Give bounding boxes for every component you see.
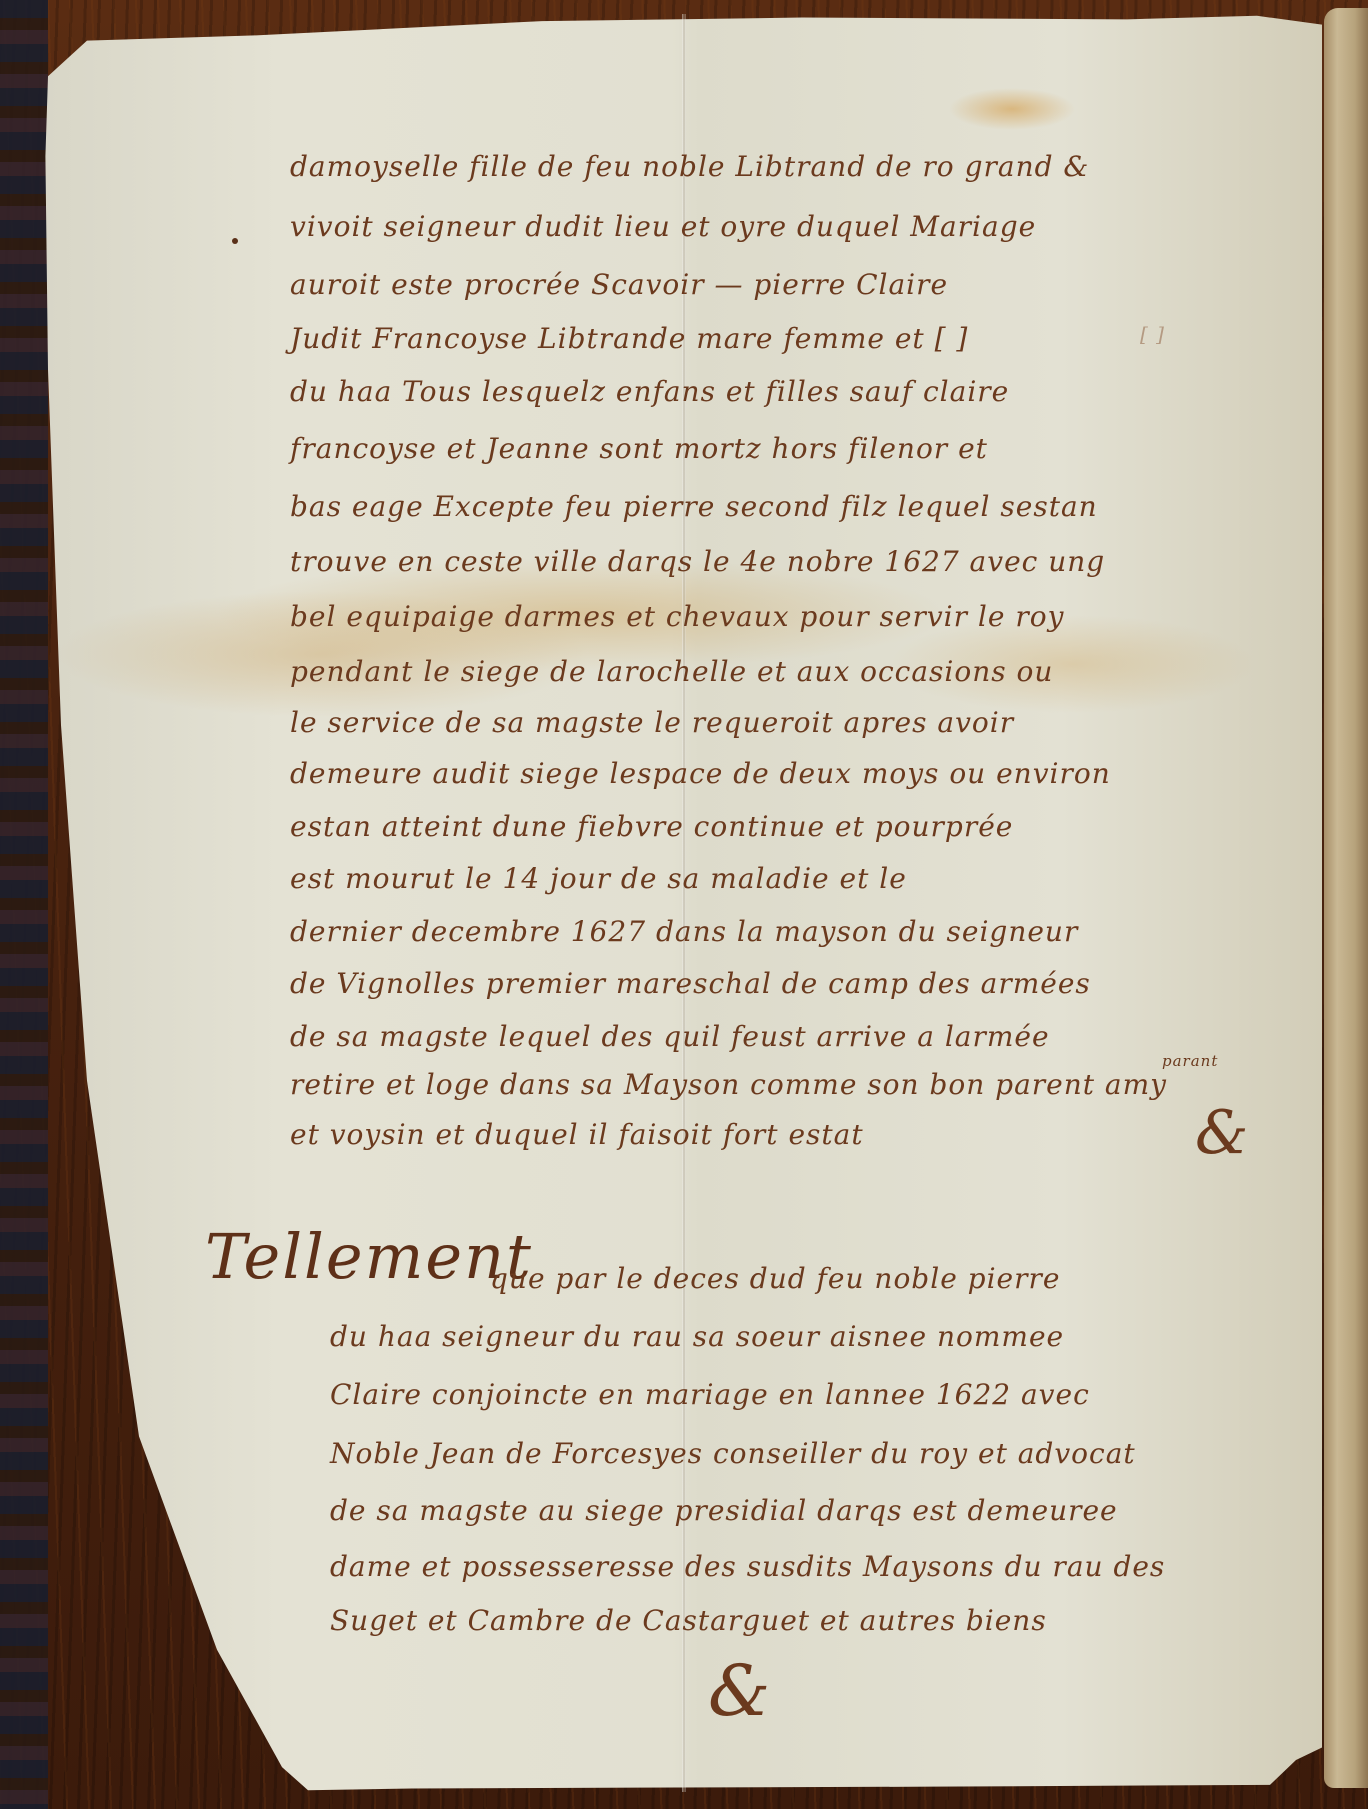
manuscript-line: bel equipaige darmes et chevaux pour ser… (290, 600, 1064, 633)
manuscript-line: Noble Jean de Forcesyes conseiller du ro… (330, 1437, 1136, 1470)
adjacent-page-edge (1324, 8, 1368, 1788)
manuscript-line: bas eage Excepte feu pierre second filz … (290, 490, 1098, 523)
manuscript-line: du haa Tous lesquelz enfans et filles sa… (290, 375, 1009, 408)
manuscript-line: francoyse et Jeanne sont mortz hors file… (290, 432, 988, 465)
manuscript-line: damoyselle fille de feu noble Libtrand d… (290, 150, 1089, 183)
manuscript-line: est mourut le 14 jour de sa maladie et l… (290, 862, 907, 895)
manuscript-line: Claire conjoincte en mariage en lannee 1… (330, 1378, 1090, 1411)
ink-dot (232, 238, 238, 244)
manuscript-line: auroit este procrée Scavoir — pierre Cla… (290, 268, 948, 301)
paraph-mark-icon: & (708, 1650, 770, 1732)
manuscript-line: de Vignolles premier mareschal de camp d… (290, 967, 1091, 1000)
manuscript-line: que par le deces dud feu noble pierre (490, 1262, 1060, 1295)
manuscript-line: pendant le siege de larochelle et aux oc… (290, 655, 1053, 688)
manuscript-line: trouve en ceste ville darqs le 4e nobre … (290, 545, 1105, 578)
faint-insertion: [ ] (1140, 322, 1165, 346)
paraph-mark-icon: & (1195, 1098, 1248, 1168)
manuscript-line: et voysin et duquel il faisoit fort esta… (290, 1118, 864, 1151)
manuscript-line: du haa seigneur du rau sa soeur aisnee n… (330, 1320, 1064, 1353)
manuscript-line: dame et possesseresse des susdits Mayson… (330, 1550, 1165, 1583)
manuscript-line: le service de sa magste le requeroit apr… (290, 706, 1014, 739)
decorated-initial-word: Tellement (205, 1220, 533, 1293)
manuscript-line: Suget et Cambre de Castarguet et autres … (330, 1604, 1047, 1637)
manuscript-line: retire et loge dans sa Mayson comme son … (290, 1068, 1167, 1101)
manuscript-line: estan atteint dune fiebvre continue et p… (290, 810, 1013, 843)
superscript-insertion: parant (1162, 1052, 1218, 1070)
manuscript-line: demeure audit siege lespace de deux moys… (290, 757, 1111, 790)
manuscript-line: vivoit seigneur dudit lieu et oyre duque… (290, 210, 1036, 243)
carpet-edge (0, 0, 48, 1809)
manuscript-line: de sa magste lequel des quil feust arriv… (290, 1020, 1050, 1053)
manuscript-line: dernier decembre 1627 dans la mayson du … (290, 915, 1078, 948)
manuscript-line: de sa magste au siege presidial darqs es… (330, 1494, 1118, 1527)
manuscript-line: Judit Francoyse Libtrande mare femme et … (290, 322, 968, 355)
